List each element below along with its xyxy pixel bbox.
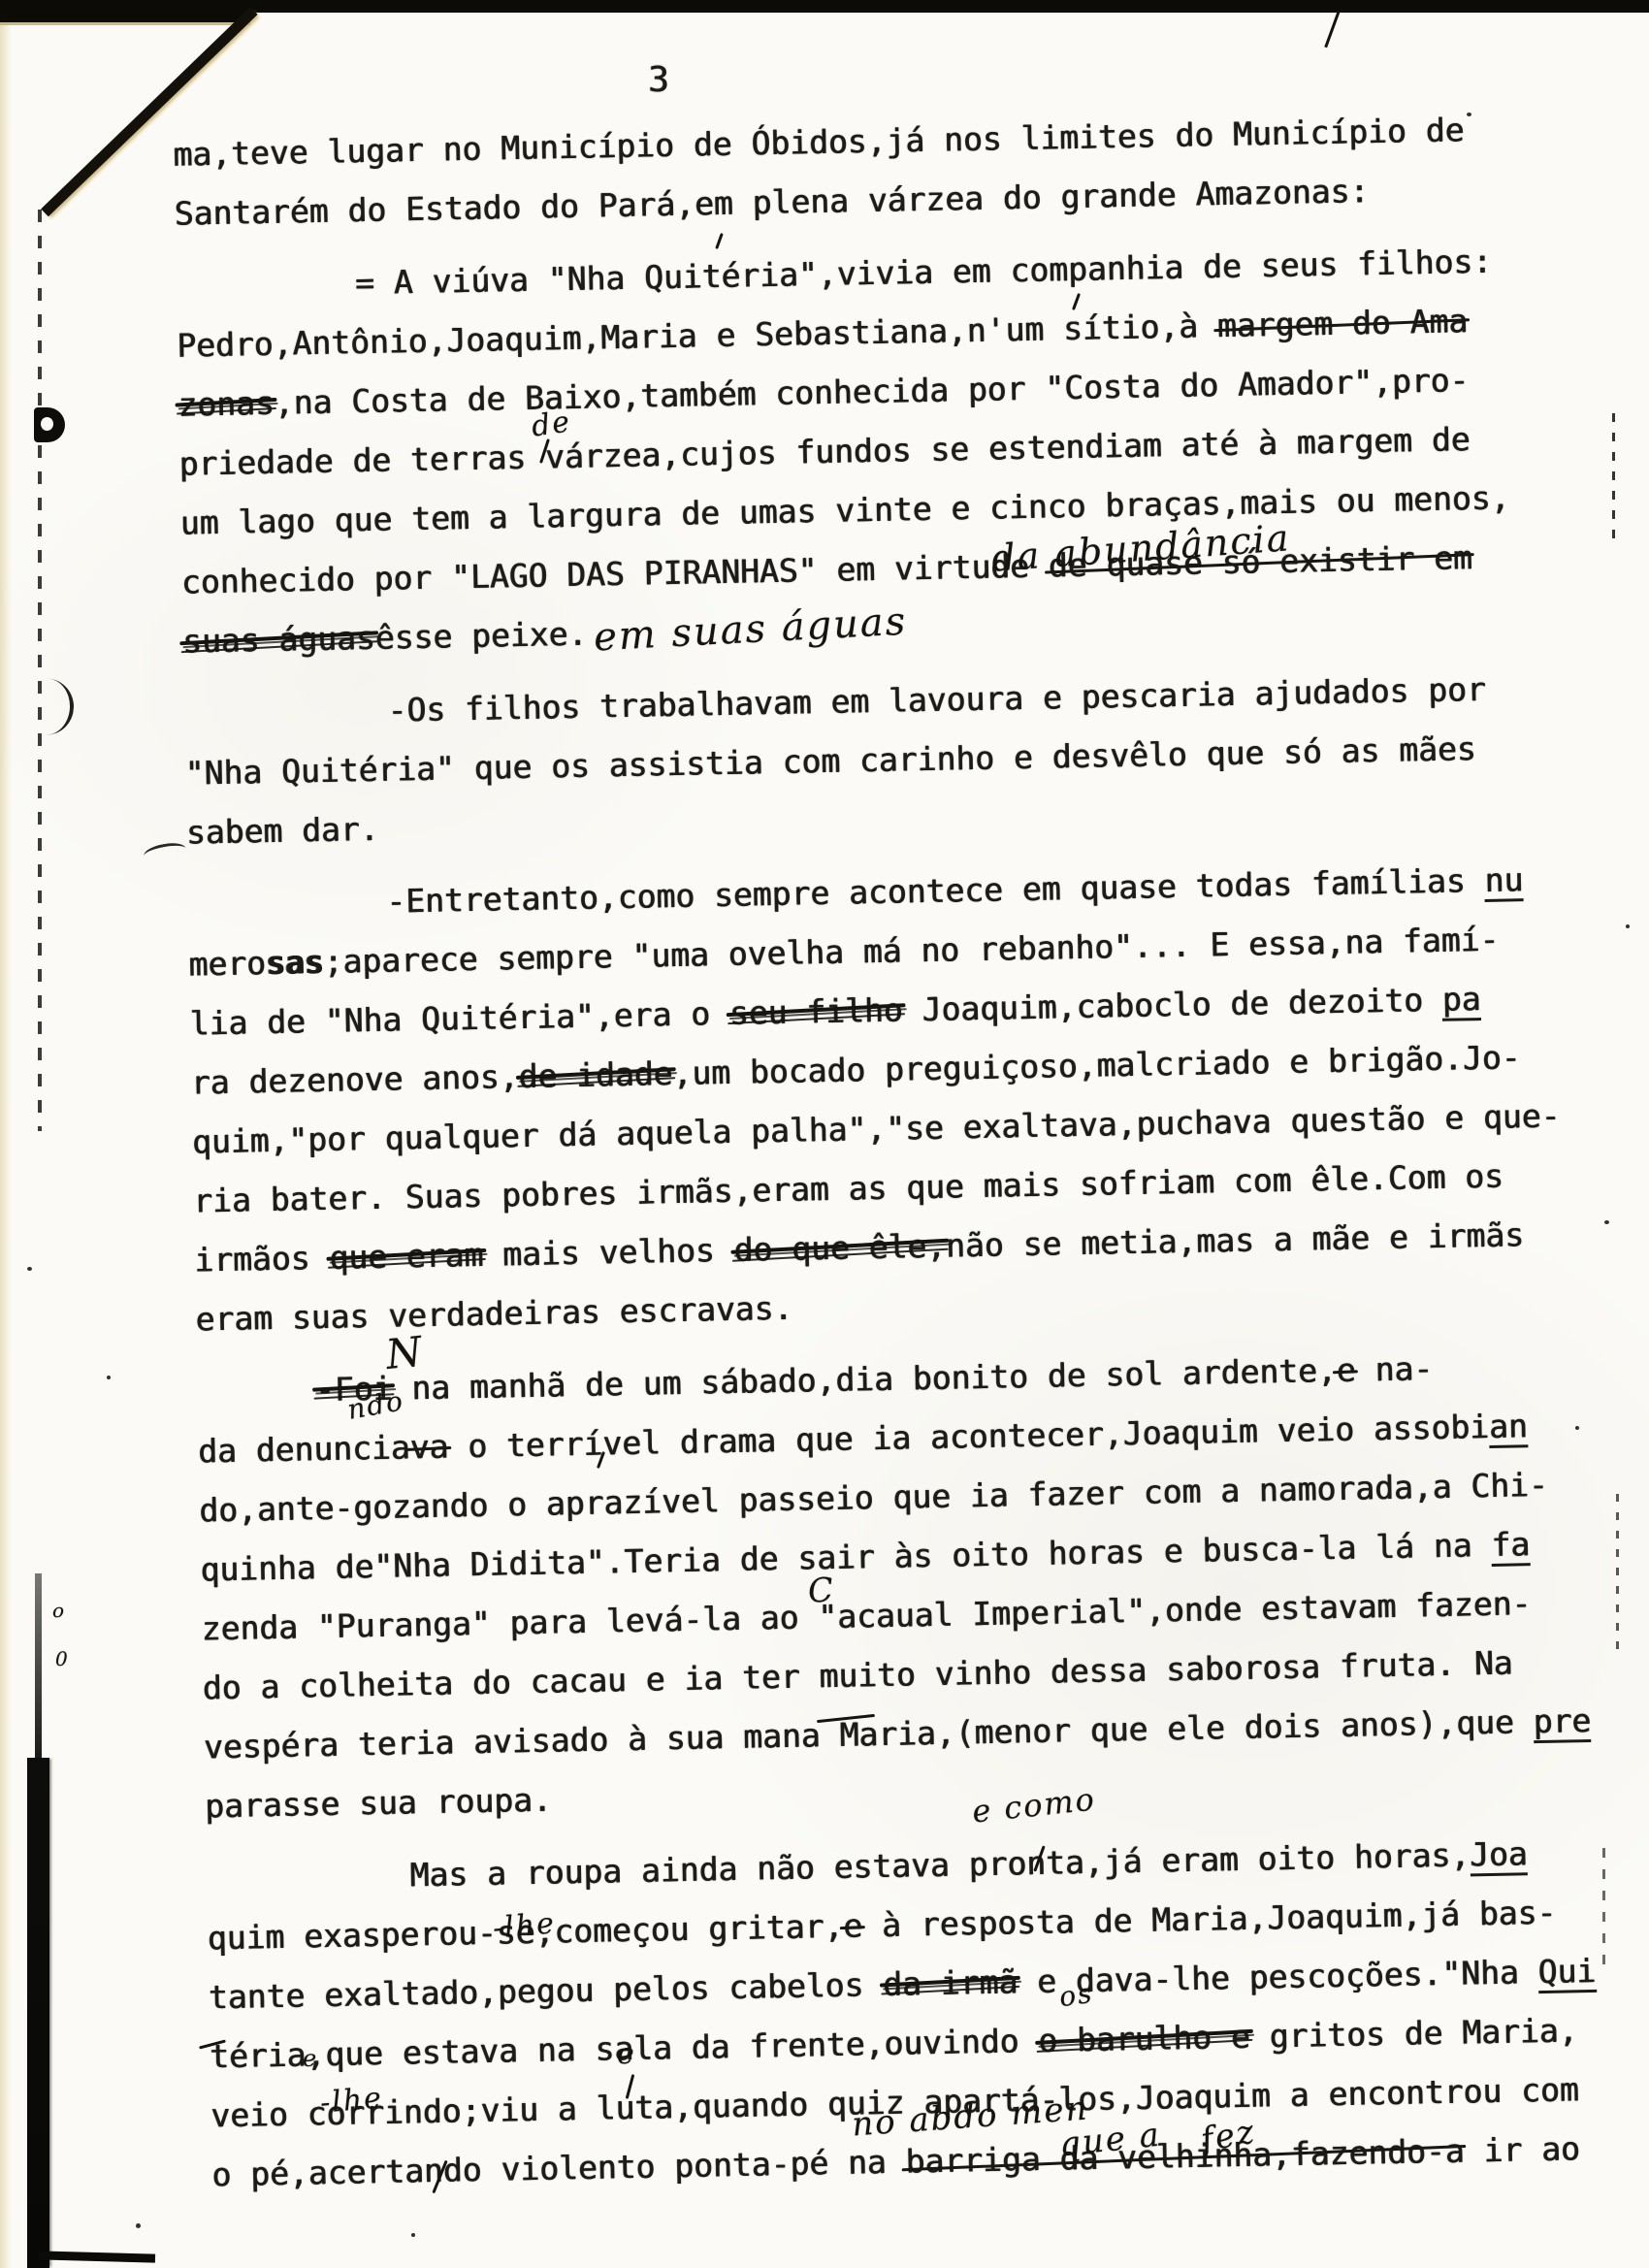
text-segment-scribble: que eram xyxy=(329,1236,484,1277)
handwritten-annotation: C xyxy=(806,1571,836,1611)
text-segment: na manhã de um sábado,dia bonito de sol … xyxy=(392,1351,1337,1408)
text-segment: Mas a roupa ainda não estava pronta,já e… xyxy=(409,1835,1470,1894)
text-segment: à resposta de Maria,Joaquim,já bas- xyxy=(862,1894,1557,1945)
scan-left-margin-paren xyxy=(34,678,76,736)
handwritten-annotation: os xyxy=(1057,1977,1095,2014)
scanned-document-page: 3 ma,teve lugar no Município de Óbidos,j… xyxy=(0,0,1649,2268)
text-segment-underline: nu xyxy=(1484,860,1524,902)
text-segment-overtype: sas xyxy=(266,943,324,982)
text-segment: êsse peixe. xyxy=(375,615,588,657)
text-segment: o terrível drama que ia acontecer,Joaqui… xyxy=(448,1408,1489,1466)
scan-top-right-tick xyxy=(1324,11,1341,49)
handwritten-annotation: o xyxy=(52,1599,66,1622)
paragraph: -Foi na manhã de um sábado,dia bonito de… xyxy=(197,1336,1622,1836)
text-segment: não se metia,mas a mãe e irmãs xyxy=(946,1215,1525,1264)
text-segment: mero xyxy=(188,944,266,984)
scan-left-dotted-line xyxy=(38,210,42,1131)
text-segment: parasse sua roupa. xyxy=(205,1781,552,1826)
typed-text-body: ma,teve lugar no Município de Óbidos,já … xyxy=(173,98,1629,2219)
text-segment: Santarém do Estado do Pará,em plena várz… xyxy=(174,172,1369,233)
handwritten-annotation: 0 xyxy=(55,1647,70,1670)
text-segment: ir ao xyxy=(1464,2129,1580,2169)
scan-speck xyxy=(27,1267,32,1271)
scan-bottom-left-band-foot xyxy=(39,2251,155,2262)
page-number: 3 xyxy=(648,60,669,100)
paragraph: -Entretanto,como sempre acontece em quas… xyxy=(187,849,1612,1349)
text-segment-scribble: o barulho e xyxy=(1038,2018,1250,2059)
text-segment-scribble: da irmã xyxy=(883,1962,1018,2003)
handwritten-annotation: N xyxy=(384,1327,427,1378)
paragraph: -Os filhos trabalhavam em lavoura e pesc… xyxy=(183,658,1602,862)
text-segment-underline: fa xyxy=(1491,1525,1531,1567)
scan-speck xyxy=(136,2223,141,2228)
text-segment-underline: pre xyxy=(1533,1701,1591,1743)
text-segment: o pé,acertando violento ponta-pé na xyxy=(211,2143,906,2194)
text-segment-strike: e xyxy=(843,1906,863,1944)
text-segment-strike: barriga da velhinha,fazendo-a xyxy=(905,2132,1465,2181)
text-segment-scribble: de idade xyxy=(518,1054,673,1095)
text-segment-strike: va xyxy=(409,1428,448,1467)
text-segment-scribble: seu filho xyxy=(729,990,904,1031)
text-segment-scribble: suas águas xyxy=(182,619,375,661)
text-segment-scribble: zonas xyxy=(178,384,275,424)
text-segment: ,um bocado preguiçoso,malcriado e brigão… xyxy=(672,1038,1521,1092)
text-segment: tante exaltado,pegou pelos cabelos xyxy=(209,1965,884,2016)
text-segment: da denuncia xyxy=(198,1428,410,1470)
text-segment: -Entretanto,como sempre acontece em quas… xyxy=(386,861,1485,921)
text-segment: = A viúva "Nha Quitéria",vivia em compan… xyxy=(355,243,1493,302)
scan-speck xyxy=(411,2233,415,2237)
handwritten-annotation: -lhe xyxy=(492,1906,558,1946)
text-segment: e dava-lhe pescoções."Nha xyxy=(1018,1953,1538,2000)
text-segment: ra dezenove anos, xyxy=(191,1057,519,1101)
text-segment: conhecido por "LAGO DAS PIRANHAS" em vir… xyxy=(181,547,1050,601)
text-segment-scribble: do que êle, xyxy=(733,1227,946,1269)
scan-speck xyxy=(107,1376,111,1379)
text-segment: irmãos xyxy=(194,1239,330,1280)
scan-speck xyxy=(1626,924,1630,928)
handwritten-annotation: e xyxy=(303,2045,318,2072)
scan-edge-tint xyxy=(0,0,12,2268)
paragraph: Mas a roupa ainda não estava pronta,já e… xyxy=(206,1822,1629,2204)
scan-left-margin-squiggle xyxy=(143,840,187,863)
text-segment: -Os filhos trabalhavam em lavoura e pesc… xyxy=(387,670,1486,729)
text-segment-underline: an xyxy=(1489,1407,1529,1448)
text-segment: gritos de Maria, xyxy=(1250,2011,1578,2055)
scan-bottom-left-band-thin xyxy=(35,1573,42,1787)
text-segment: Joaquim,caboclo de dezoito xyxy=(902,981,1442,1029)
text-segment-strike: margem do Ama xyxy=(1217,302,1469,344)
text-segment: eram suas verdadeiras escravas. xyxy=(195,1289,793,1339)
paragraph: ma,teve lugar no Município de Óbidos,já … xyxy=(173,98,1591,243)
scan-top-bar-left xyxy=(0,0,250,22)
scan-bottom-left-band-thick xyxy=(27,1758,49,2268)
text-segment: Pedro,Antônio,Joaquim,Maria e Sebastiana… xyxy=(177,307,1217,365)
text-segment-underline: Qui xyxy=(1537,1952,1596,1993)
handwritten-annotation: -lhe xyxy=(319,2081,385,2121)
text-segment: lia de "Nha Quitéria",era o xyxy=(189,994,729,1043)
text-segment: sabem dar. xyxy=(186,810,379,852)
scan-left-margin-blob xyxy=(34,407,65,442)
handwritten-annotation: de xyxy=(530,405,573,443)
text-segment: mais velhos xyxy=(483,1231,734,1274)
scan-right-dotted-line-a xyxy=(1612,413,1615,544)
text-segment-underline: Joa xyxy=(1470,1834,1528,1876)
handwritten-annotation: e xyxy=(617,2037,636,2071)
text-segment-underline: pa xyxy=(1442,980,1482,1021)
text-segment-strike: e xyxy=(1337,1351,1357,1389)
text-segment: na- xyxy=(1355,1349,1433,1389)
